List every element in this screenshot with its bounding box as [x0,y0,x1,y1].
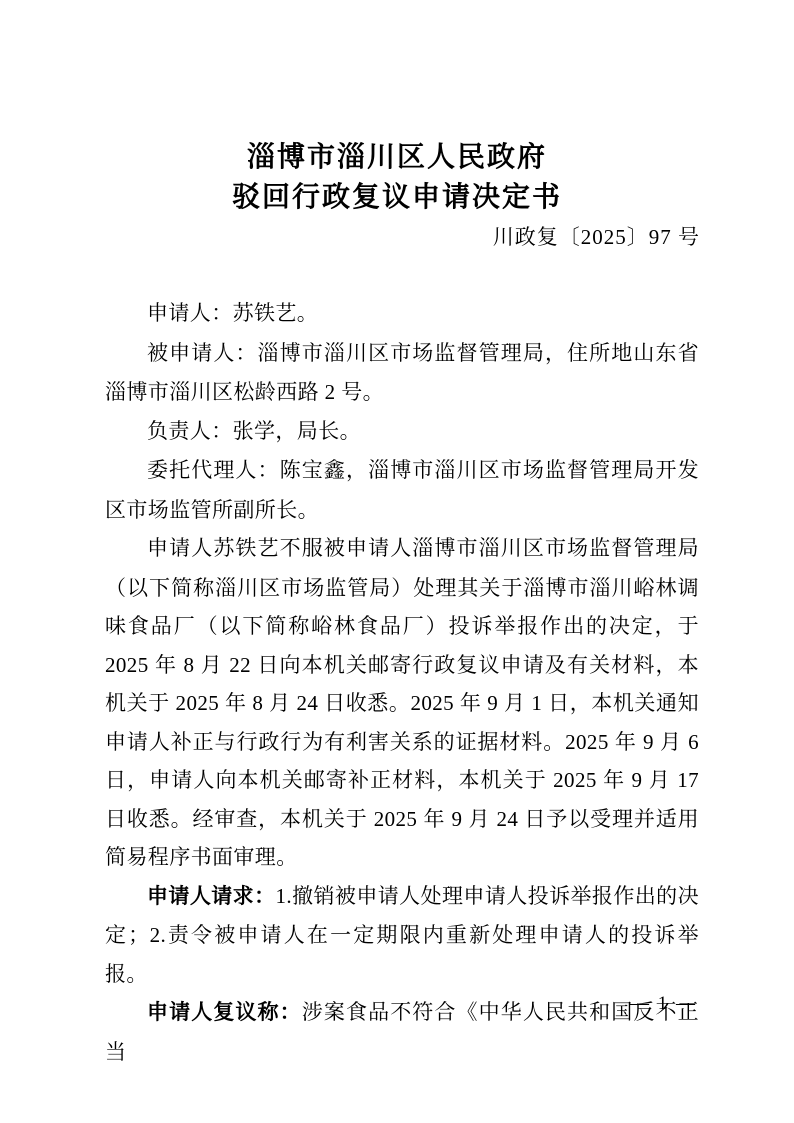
paragraph-respondent: 被申请人：淄博市淄川区市场监督管理局，住所地山东省淄博市淄川区松龄西路 2 号。 [105,334,699,412]
title-line-1: 淄博市淄川区人民政府 [0,138,794,178]
paragraph-lead: 申请人复议称： [147,1001,302,1024]
paragraph-text: 申请人苏铁艺不服被申请人淄博市淄川区市场监督管理局（以下简称淄川区市场监管局）处… [105,536,699,869]
paragraph-applicant-requests: 申请人请求：1.撤销被申请人处理申请人投诉举报作出的决定；2.责令被申请人在一定… [105,877,699,994]
paragraph-person-in-charge: 负责人：张学，局长。 [105,412,699,452]
paragraph-applicant-claims: 申请人复议称：涉案食品不符合《中华人民共和国反不正当 [105,993,699,1071]
paragraph-text: 委托代理人：陈宝鑫，淄博市淄川区市场监督管理局开发区市场监管所副所长。 [105,458,699,522]
paragraph-text: 申请人：苏铁艺。 [147,301,318,325]
title-line-2: 驳回行政复议申请决定书 [0,178,794,218]
paragraph-text: 被申请人：淄博市淄川区市场监督管理局，住所地山东省淄博市淄川区松龄西路 2 号。 [105,341,699,405]
document-title: 淄博市淄川区人民政府 驳回行政复议申请决定书 [0,0,794,218]
paragraph-lead: 申请人请求： [147,885,276,908]
document-page: 淄博市淄川区人民政府 驳回行政复议申请决定书 川政复〔2025〕97 号 申请人… [0,0,794,1123]
paragraph-case-background: 申请人苏铁艺不服被申请人淄博市淄川区市场监督管理局（以下简称淄川区市场监管局）处… [105,529,699,877]
page-number: — 1 — [630,992,697,1016]
paragraph-applicant: 申请人：苏铁艺。 [105,294,699,334]
document-body: 申请人：苏铁艺。 被申请人：淄博市淄川区市场监督管理局，住所地山东省淄博市淄川区… [105,294,699,1071]
paragraph-text: 负责人：张学，局长。 [147,419,361,443]
document-number: 川政复〔2025〕97 号 [105,224,700,250]
paragraph-entrusted-agent: 委托代理人：陈宝鑫，淄博市淄川区市场监督管理局开发区市场监管所副所长。 [105,451,699,529]
